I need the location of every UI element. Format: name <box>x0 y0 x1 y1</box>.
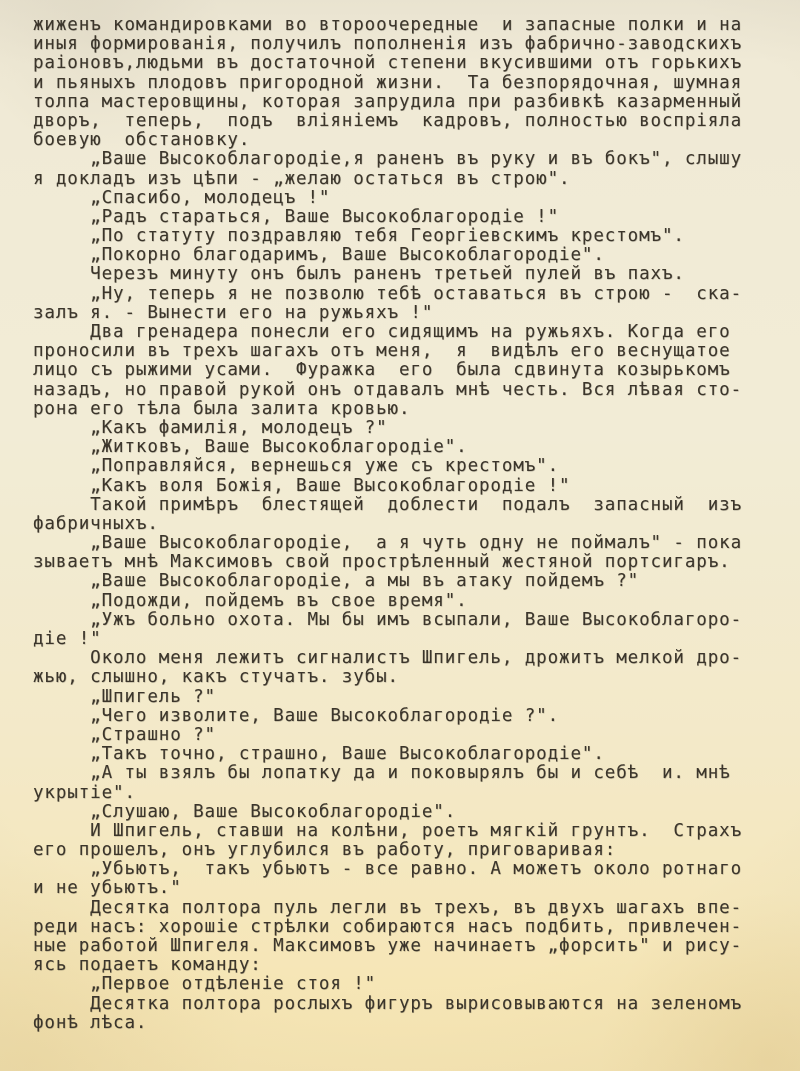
text-line: Около меня лежитъ сигналистъ Шпигель, др… <box>33 649 742 668</box>
text-line: „Радъ стараться, Ваше Высокоблагородіе !… <box>33 208 742 227</box>
text-line: „Какъ фамилія, молодецъ ?" <box>33 419 742 438</box>
text-line: ные работой Шпигеля. Максимовъ уже начин… <box>33 937 742 956</box>
text-line: „Ваше Высокоблагородіе,я раненъ въ руку … <box>33 150 742 169</box>
text-line: Черезъ минуту онъ былъ раненъ третьей пу… <box>33 265 742 284</box>
typewritten-text-block: жиженъ командировками во второочередные … <box>33 16 742 1033</box>
text-line: „Такъ точно, страшно, Ваше Высокоблагоро… <box>33 745 742 764</box>
text-line: „Шпигель ?" <box>33 688 742 707</box>
text-line: залъ я. - Вынести его на ружьяхъ !" <box>33 304 742 323</box>
text-line: дворъ, теперь, подъ вліяніемъ кадровъ, п… <box>33 112 742 131</box>
text-line: фабричныхъ. <box>33 515 742 534</box>
text-line: „Слушаю, Ваше Высокоблагородіе". <box>33 803 742 822</box>
scanned-document-page: жиженъ командировками во второочередные … <box>0 0 800 1071</box>
text-line: Два гренадера понесли его сидящимъ на ру… <box>33 323 742 342</box>
text-line: „Первое отдѣленіе стоя !" <box>33 975 742 994</box>
text-line: жью, слышно, какъ стучатъ. зубы. <box>33 668 742 687</box>
text-line: жиженъ командировками во второочередные … <box>33 16 742 35</box>
text-line: рона его тѣла была залита кровью. <box>33 400 742 419</box>
text-line: боевую обстановку. <box>33 131 742 150</box>
text-line: укрытіе". <box>33 784 742 803</box>
text-line: лицо съ рыжими усами. Фуражка его была с… <box>33 361 742 380</box>
text-line: діе !" <box>33 630 742 649</box>
text-line: „Житковъ, Ваше Высокоблагородіе". <box>33 438 742 457</box>
text-line: „Спасибо, молодецъ !" <box>33 189 742 208</box>
text-line: И Шпигель, ставши на колѣни, роетъ мягкі… <box>33 822 742 841</box>
text-line: „Какъ воля Божія, Ваше Высокоблагородіе … <box>33 477 742 496</box>
text-line: иныя формированія, получилъ пополненія и… <box>33 35 742 54</box>
text-line: Такой примѣръ блестящей доблести подалъ … <box>33 496 742 515</box>
text-line: „Поправляйся, вернешься уже съ крестомъ"… <box>33 457 742 476</box>
text-line: „По статуту поздравляю тебя Георгіевским… <box>33 227 742 246</box>
text-line: „Ваше Высокоблагородіе, а я чуть одну не… <box>33 534 742 553</box>
text-line: ясь подаетъ команду: <box>33 956 742 975</box>
text-line: Десятка полтора рослыхъ фигуръ вырисовыв… <box>33 995 742 1014</box>
text-line: „Убьютъ, такъ убьютъ - все равно. А може… <box>33 860 742 879</box>
text-line: толпа мастеровщины, которая запрудила пр… <box>33 93 742 112</box>
text-line: назадъ, но правой рукой онъ отдавалъ мнѣ… <box>33 381 742 400</box>
text-line: „Чего изволите, Ваше Высокоблагородіе ?"… <box>33 707 742 726</box>
text-line: раіоновъ,людьми въ достаточной степени в… <box>33 54 742 73</box>
text-line: „Покорно благодаримъ, Ваше Высокоблагоро… <box>33 246 742 265</box>
text-line: реди насъ: хорошіе стрѣлки собираются на… <box>33 918 742 937</box>
text-line: и не убьютъ." <box>33 879 742 898</box>
text-line: и пьяныхъ плодовъ пригородной жизни. Та … <box>33 74 742 93</box>
text-line: проносили въ трехъ шагахъ отъ меня, я ви… <box>33 342 742 361</box>
text-line: фонѣ лѣса. <box>33 1014 742 1033</box>
text-line: зываетъ мнѣ Максимовъ свой прострѣленный… <box>33 553 742 572</box>
text-line: „А ты взялъ бы лопатку да и поковырялъ б… <box>33 764 742 783</box>
text-line: Десятка полтора пуль легли въ трехъ, въ … <box>33 899 742 918</box>
text-line: „Подожди, пойдемъ въ свое время". <box>33 592 742 611</box>
text-line: его прошелъ, онъ углубился въ работу, пр… <box>33 841 742 860</box>
text-line: „Ужъ больно охота. Мы бы имъ всыпали, Ва… <box>33 611 742 630</box>
text-line: „Ваше Высокоблагородіе, а мы въ атаку по… <box>33 572 742 591</box>
text-line: „Страшно ?" <box>33 726 742 745</box>
text-line: „Ну, теперь я не позволю тебѣ оставаться… <box>33 285 742 304</box>
text-line: я докладъ изъ цѣпи - „желаю остаться въ … <box>33 170 742 189</box>
